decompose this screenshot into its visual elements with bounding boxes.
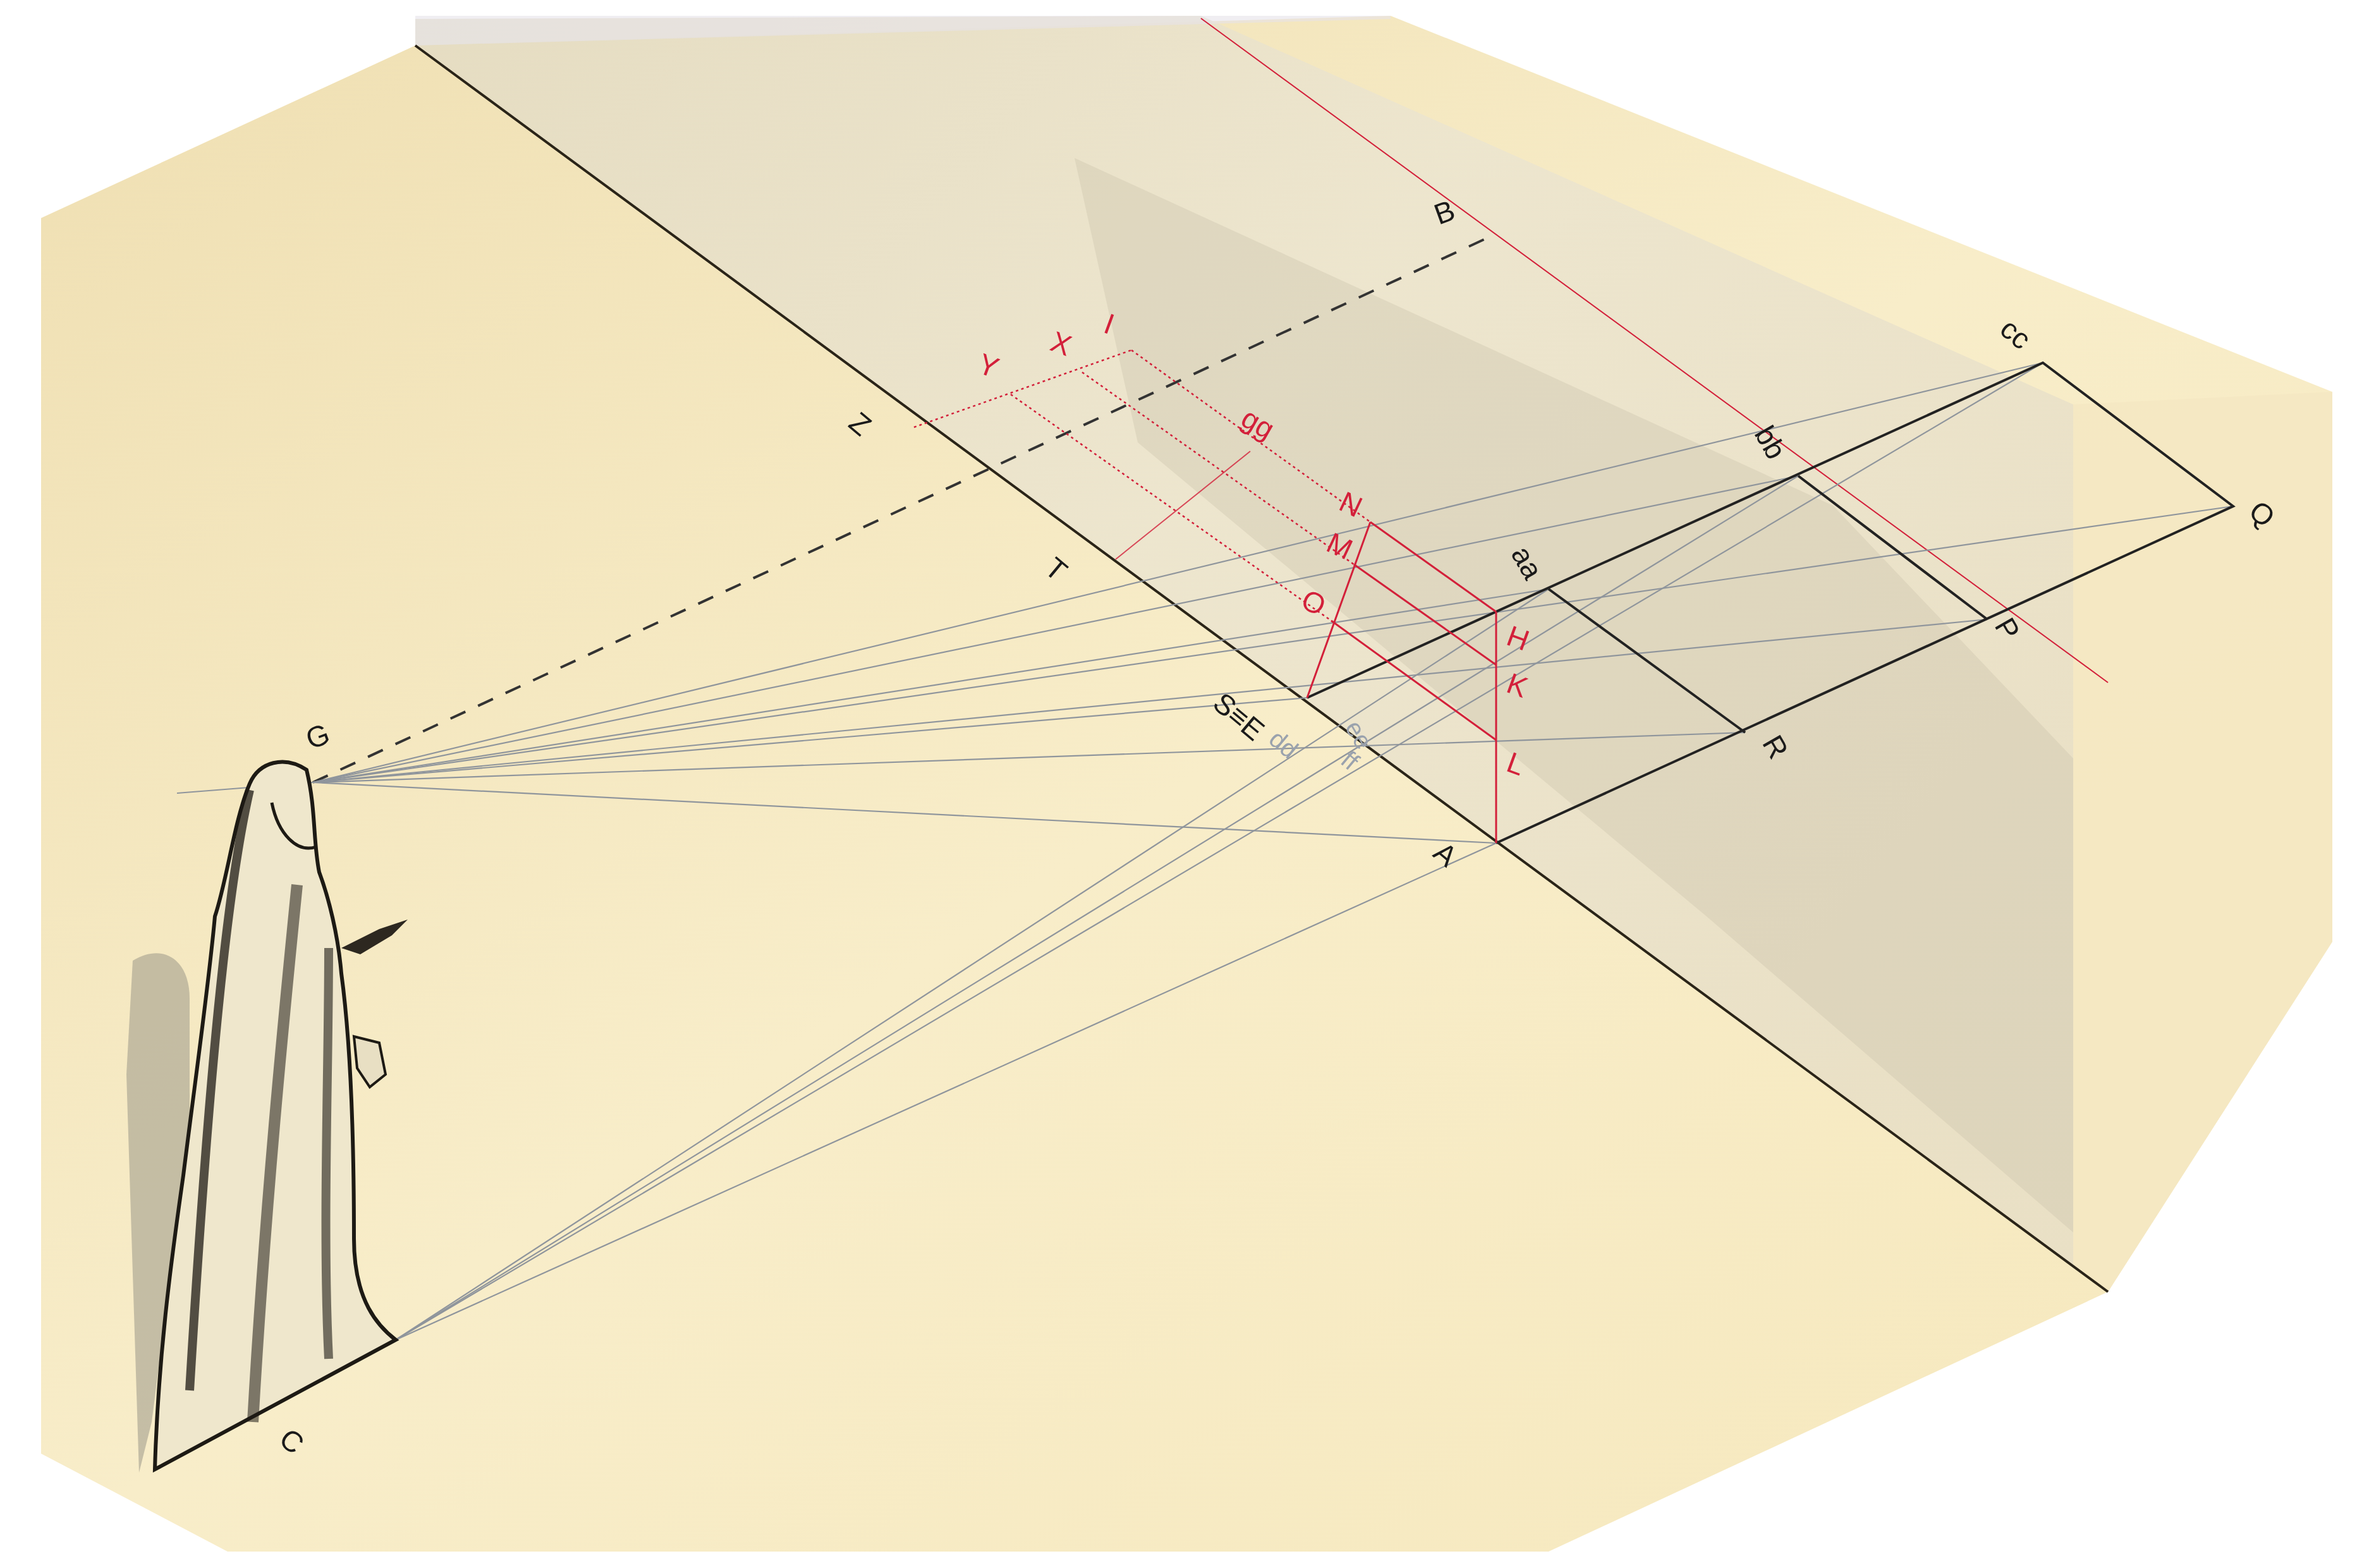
picture-plane-right-face	[2073, 392, 2332, 1292]
perspective-diagram: B Z T G A S≡E aa bb cc Q P R C dd ee ff …	[0, 0, 2357, 1568]
diagram-canvas: B Z T G A S≡E aa bb cc Q P R C dd ee ff …	[0, 0, 2357, 1568]
